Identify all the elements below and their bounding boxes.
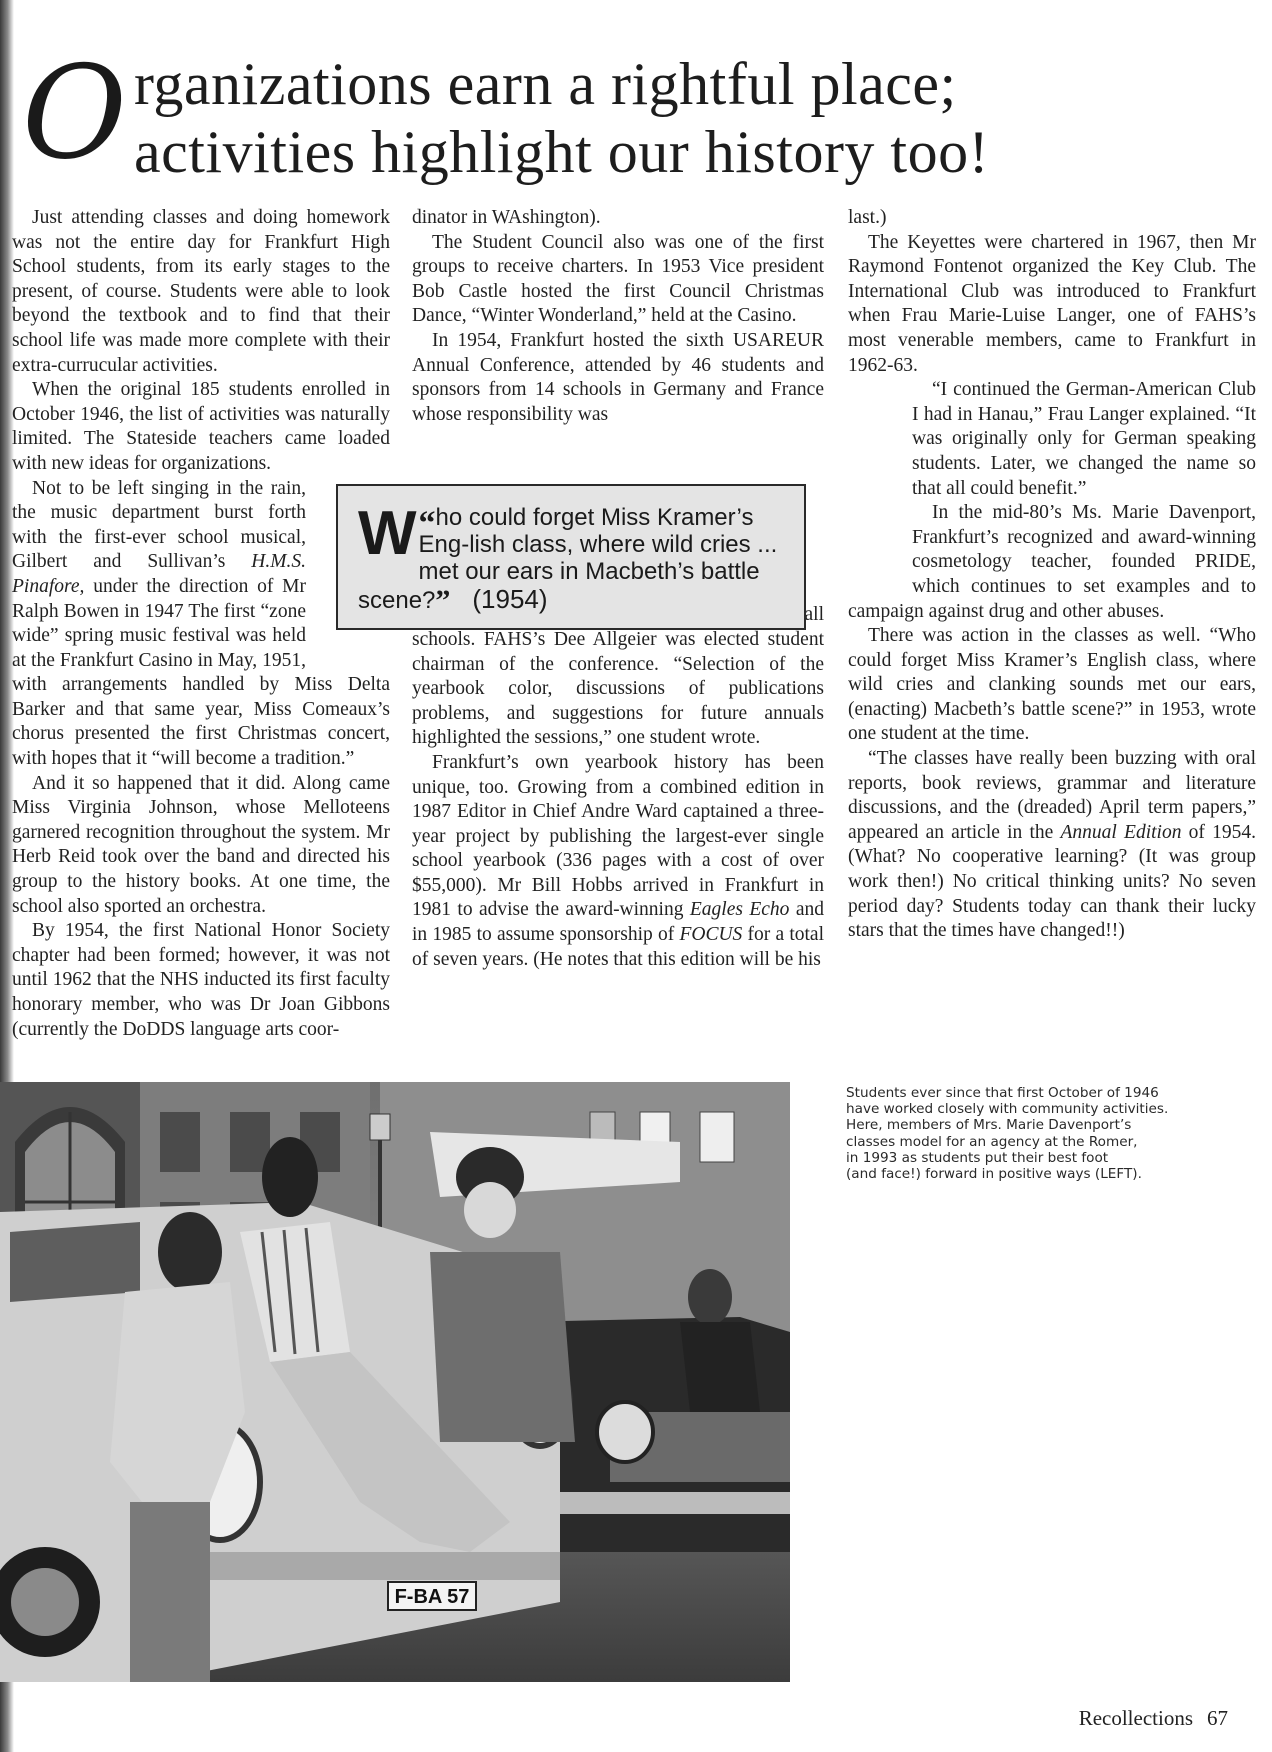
- pullquote-wrap-spacer: [848, 402, 912, 580]
- paragraph: There was action in the classes as well.…: [848, 624, 1256, 747]
- paragraph: “The classes have really been buzzing wi…: [848, 747, 1256, 944]
- pull-quote-year: (1954): [472, 584, 547, 614]
- caption-line: (and face!) forward in positive ways (LE…: [846, 1166, 1226, 1182]
- pull-quote: “Who could forget Miss Kramer’s Eng-lish…: [336, 484, 806, 630]
- paragraph: last.): [848, 206, 1256, 231]
- section-label: Recollections: [1079, 1706, 1193, 1730]
- caption-line: Here, members of Mrs. Marie Davenport’s: [846, 1117, 1226, 1133]
- pull-quote-dropcap: W: [358, 508, 417, 560]
- page-footer: Recollections67: [1079, 1706, 1228, 1731]
- open-quote-mark: “: [419, 505, 436, 542]
- license-plate-text: F-BA 57: [395, 1586, 470, 1608]
- paragraph: The Keyettes were chartered in 1967, the…: [848, 231, 1256, 379]
- paragraph: Just attending classes and doing homewor…: [12, 206, 390, 378]
- page-number: 67: [1207, 1706, 1228, 1730]
- caption-line: in 1993 as students put their best foot: [846, 1150, 1226, 1166]
- paragraph: Frankfurt’s own yearbook history has bee…: [412, 751, 824, 972]
- headline-dropcap: O: [22, 50, 127, 178]
- paragraph: In 1954, Frankfurt hosted the sixth USAR…: [412, 329, 824, 427]
- caption-line: have worked closely with community activ…: [846, 1101, 1226, 1117]
- headline-line-2: activities highlight our history too!: [134, 122, 989, 182]
- paragraph: And it so happened that it did. Along ca…: [12, 772, 390, 920]
- students-with-cars-photo: F-BA 57: [0, 1082, 790, 1682]
- photo-caption: Students ever since that first October o…: [846, 1085, 1226, 1182]
- headline-line-1: rganizations earn a rightful place;: [134, 54, 957, 114]
- paragraph: dinator in WAshington).: [412, 206, 824, 231]
- article-column-1: Just attending classes and doing homewor…: [12, 206, 390, 1042]
- caption-line: Students ever since that first October o…: [846, 1085, 1226, 1101]
- article-column-3: last.) The Keyettes were chartered in 19…: [848, 206, 1256, 944]
- paragraph: By 1954, the first National Honor Societ…: [12, 919, 390, 1042]
- paragraph: The Student Council also was one of the …: [412, 231, 824, 329]
- paragraph: When the original 185 students enrolled …: [12, 378, 390, 476]
- headline: O rganizations earn a rightful place; ac…: [22, 40, 1222, 190]
- close-quote-mark: ”: [435, 584, 450, 617]
- caption-line: classes model for an agency at the Romer…: [846, 1134, 1226, 1150]
